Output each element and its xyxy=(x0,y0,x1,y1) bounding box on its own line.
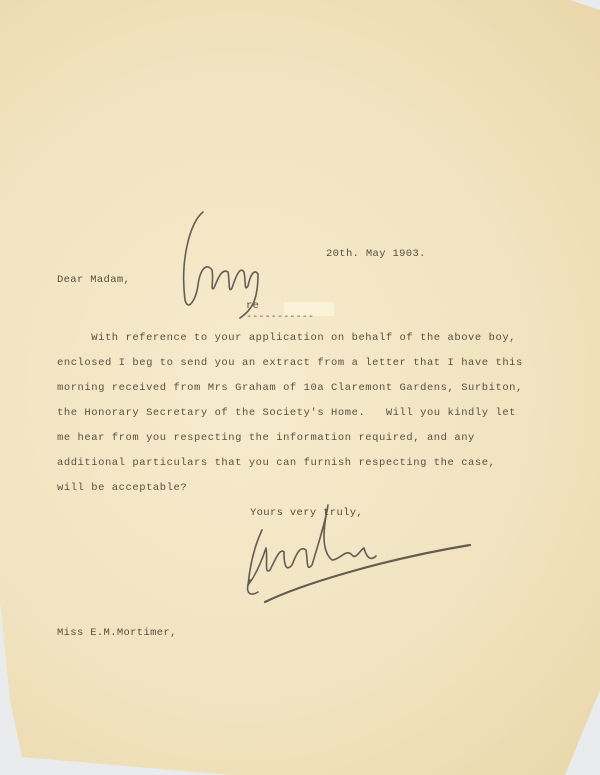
reference-underline: ----------- xyxy=(246,312,314,323)
body-line: me hear from you respecting the informat… xyxy=(57,432,475,444)
body-line: With reference to your application on be… xyxy=(57,332,516,344)
body-line: additional particulars that you can furn… xyxy=(57,457,495,469)
signature-underline-icon xyxy=(265,545,470,602)
body-line: the Honorary Secretary of the Society's … xyxy=(57,407,516,419)
recipient: Miss E.M.Mortimer, xyxy=(57,627,177,639)
body-line: morning received from Mrs Graham of 10a … xyxy=(57,382,523,394)
letter-page: 20th. May 1903. Dear Madam, re ---------… xyxy=(0,0,600,775)
salutation: Dear Madam, xyxy=(57,274,130,286)
body-line: will be acceptable? xyxy=(57,482,187,494)
closing: Yours very truly, xyxy=(250,507,363,519)
reference-label: re xyxy=(246,300,259,312)
letter-date: 20th. May 1903. xyxy=(326,248,426,260)
body-line: enclosed I beg to send you an extract fr… xyxy=(57,357,523,369)
